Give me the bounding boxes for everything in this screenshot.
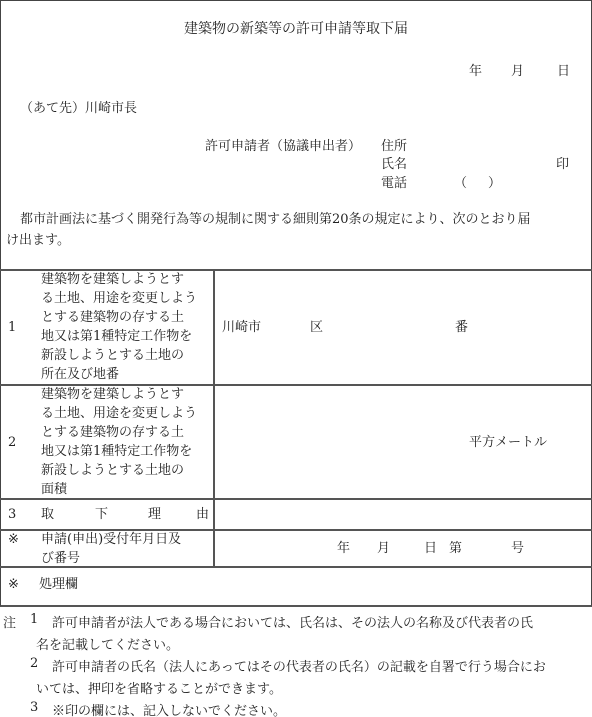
row2-unit[interactable]: 平方メートル (469, 433, 547, 452)
date-day-label: 日 (557, 60, 570, 79)
row5-mark: ※ (8, 575, 19, 594)
row4-label: 申請(申出)受付年月日及 び番号 (41, 530, 181, 568)
column-divider (213, 269, 215, 567)
row3-label-char1: 取 (41, 505, 54, 524)
note2-line2: いては、押印を省略することができます。 (36, 678, 282, 697)
note3-number: 3 (30, 700, 38, 715)
row1-ward[interactable]: 区 (310, 318, 323, 337)
intro-text-line2: け出ます。 (6, 229, 70, 248)
form-title: 建築物の新築等の許可申請等取下届 (0, 18, 592, 38)
address-label: 住所 (381, 135, 407, 154)
date-year-label: 年 (469, 60, 482, 79)
addressee: （あて先）川崎市長 (20, 97, 137, 116)
row4-day: 日 (424, 539, 437, 558)
row2-label: 建築物を建築しようとす る土地、用途を変更しよう とする建築物の存する土 地又は… (41, 385, 197, 499)
row4-month: 月 (377, 539, 390, 558)
note1-line1: 許可申請者が法人である場合においては、氏名は、その法人の名称及び代表者の氏 (52, 612, 533, 631)
name-label: 氏名 (381, 153, 407, 172)
seal-mark: 印 (556, 153, 569, 172)
row3-label-char4: 由 (196, 505, 209, 524)
row1-number: 1 (8, 318, 16, 337)
row3-label-char2: 下 (95, 505, 108, 524)
applicant-label: 許可申請者（協議申出者） (205, 135, 361, 154)
row1-lot[interactable]: 番 (455, 318, 468, 337)
note3-line1: ※印の欄には、記入しないでください。 (52, 700, 286, 717)
row2-number: 2 (8, 433, 16, 452)
row3-label-char3: 理 (148, 505, 161, 524)
phone-paren-close: ） (488, 172, 501, 191)
row4-go: 号 (511, 539, 524, 558)
row3-number: 3 (8, 505, 16, 524)
note2-line1: 許可申請者の氏名（法人にあってはその代表者の氏名）の記載を自署で行う場合にお (52, 656, 546, 675)
row5-label: 処理欄 (39, 575, 78, 594)
row3-reason-field[interactable] (220, 505, 580, 525)
note1-line2: 名を記載してください。 (36, 634, 179, 653)
note1-number: 1 (30, 612, 38, 627)
date-month-label: 月 (511, 60, 524, 79)
row4-year: 年 (337, 539, 350, 558)
phone-paren-open: （ (454, 172, 467, 191)
note2-number: 2 (30, 656, 38, 671)
intro-text-line1: 都市計画法に基づく開発行為等の規制に関する細則第20条の規定により、次のとおり届 (20, 208, 531, 227)
notes-prefix: 注 (3, 612, 16, 631)
row1-label: 建築物を建築しようとす る土地、用途を変更しよう とする建築物の存する土 地又は… (41, 270, 197, 384)
row1-city[interactable]: 川崎市 (222, 318, 261, 337)
row4-mark: ※ (8, 530, 19, 549)
row4-dai: 第 (449, 539, 462, 558)
phone-label: 電話 (381, 172, 407, 191)
